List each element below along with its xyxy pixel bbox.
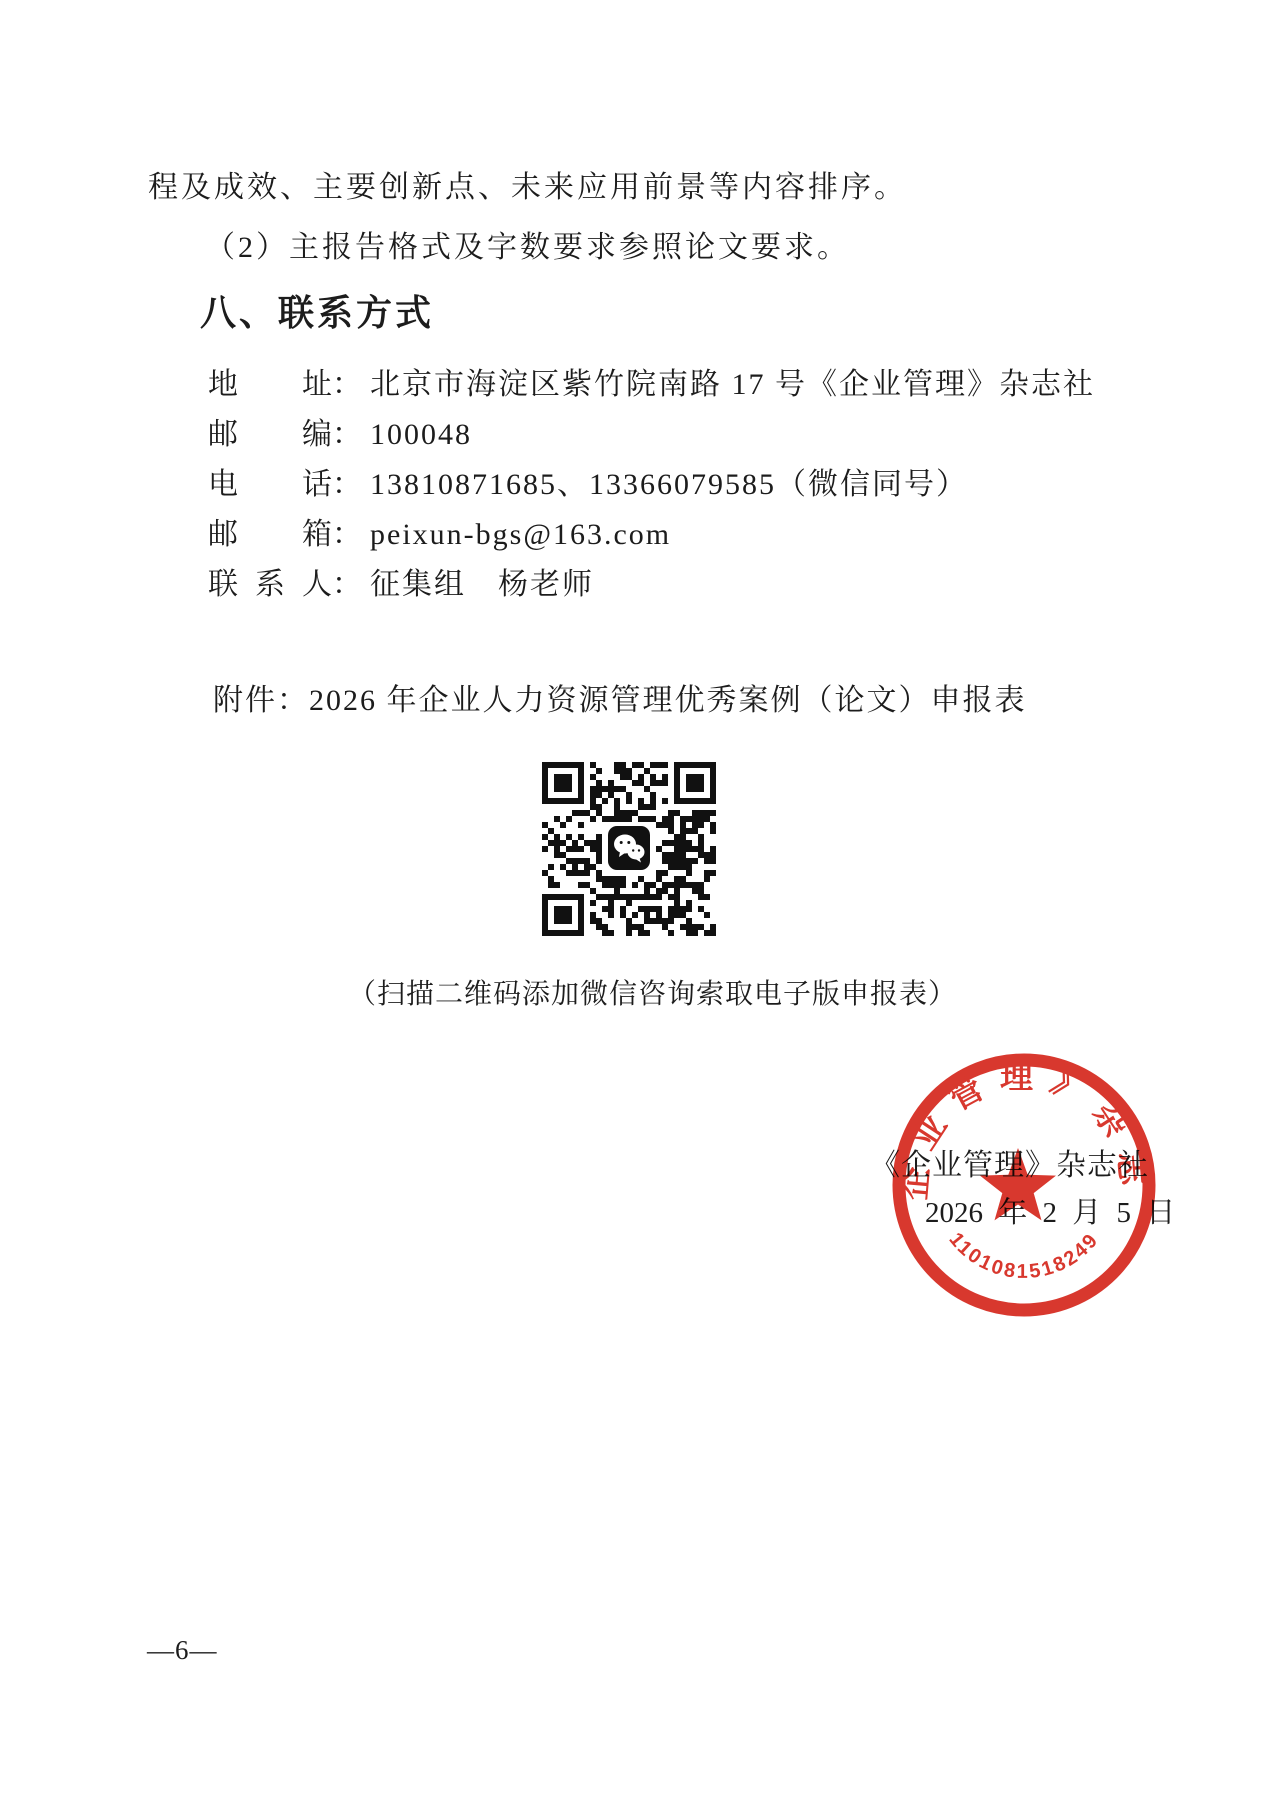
paragraph-report-format: （2）主报告格式及字数要求参照论文要求。	[205, 230, 850, 266]
section-heading-contact: 八、联系方式	[200, 293, 434, 333]
document-page: { "page": { "paragraph_1": "程及成效、主要创新点、未…	[0, 0, 1280, 1810]
contact-value-person: 征集组 杨老师	[370, 568, 594, 601]
star-icon	[980, 1148, 1056, 1220]
contact-value-email: peixun-bgs@163.com	[370, 518, 671, 551]
contact-row-zipcode: 邮编：100048	[208, 416, 472, 454]
contact-colon: ：	[332, 466, 362, 504]
svg-text:1101081518249: 1101081518249	[944, 1229, 1103, 1283]
contact-value-address: 北京市海淀区紫竹院南路 17 号《企业管理》杂志社	[370, 368, 1095, 401]
contact-label: 邮箱	[208, 516, 332, 554]
contact-row-email: 邮箱：peixun-bgs@163.com	[208, 516, 671, 554]
contact-colon: ：	[332, 366, 362, 404]
contact-colon: ：	[332, 416, 362, 454]
contact-colon: ：	[332, 516, 362, 554]
contact-value-phone: 13810871685、13366079585（微信同号）	[370, 468, 968, 501]
contact-colon: ：	[332, 566, 362, 604]
contact-label: 地址	[208, 366, 332, 404]
contact-value-zipcode: 100048	[370, 418, 472, 451]
contact-label: 邮编	[208, 416, 332, 454]
qr-caption: （扫描二维码添加微信咨询索取电子版申报表）	[348, 972, 957, 1012]
wechat-icon	[608, 826, 650, 870]
paragraph-sort-criteria: 程及成效、主要创新点、未来应用前景等内容排序。	[148, 170, 907, 206]
contact-row-address: 地址：北京市海淀区紫竹院南路 17 号《企业管理》杂志社	[208, 366, 1095, 404]
contact-label: 联系人	[208, 566, 332, 604]
attachment-line: 附件：2026 年企业人力资源管理优秀案例（论文）申报表	[213, 675, 1027, 719]
contact-row-person: 联系人：征集组 杨老师	[208, 566, 594, 604]
seal-serial-number: 1101081518249	[944, 1229, 1103, 1283]
official-seal: 《企业管理》杂志社 1101081518249	[874, 1035, 1174, 1335]
page-number: —6—	[147, 1635, 218, 1666]
contact-label: 电话	[208, 466, 332, 504]
contact-row-phone: 电话：13810871685、13366079585（微信同号）	[208, 466, 968, 504]
wechat-qr-code	[542, 762, 716, 936]
